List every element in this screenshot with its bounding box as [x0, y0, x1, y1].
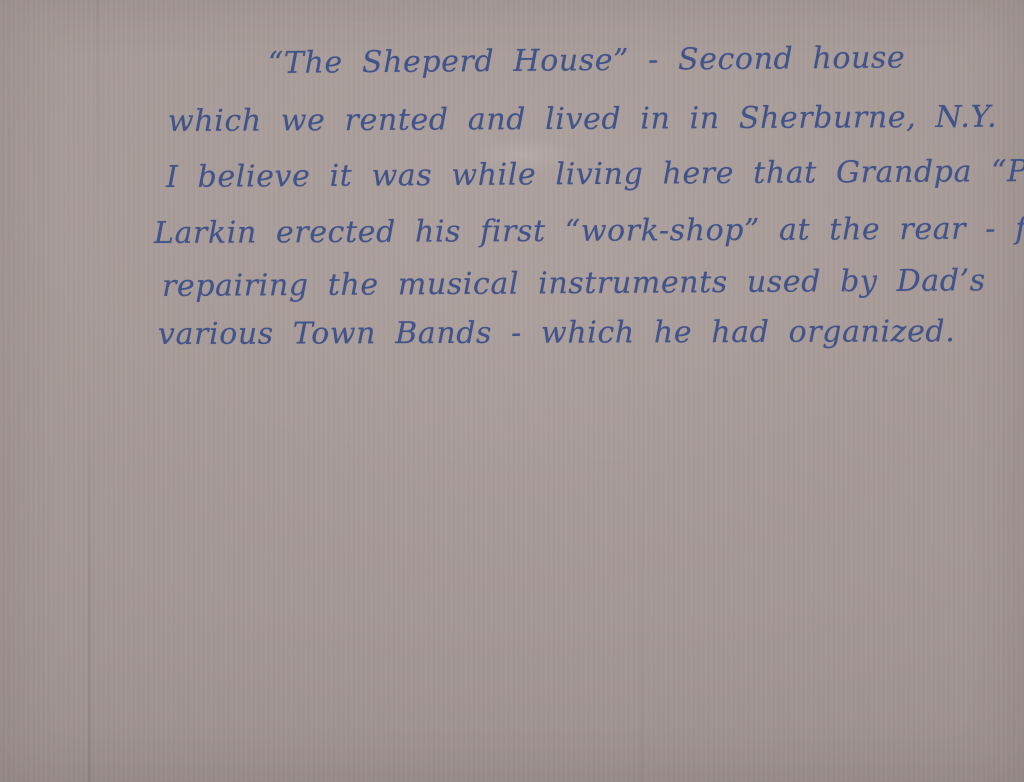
paper-crease [96, 0, 99, 300]
handwritten-line-title: “The Sheperd House” - Second house [268, 40, 906, 81]
handwritten-line: Larkin erected his first “work-shop” at … [154, 211, 1024, 251]
handwritten-line: repairing the musical instruments used b… [162, 263, 986, 304]
paper-crease [640, 430, 643, 782]
scanned-paper-card: “The Sheperd House” - Second house which… [0, 0, 1024, 782]
handwritten-line: various Town Bands - which he had organi… [158, 314, 955, 352]
handwritten-line: I believe it was while living here that … [166, 154, 1024, 195]
handwritten-line: which we rented and lived in in Sherburn… [168, 100, 997, 139]
paper-crease [88, 380, 91, 782]
